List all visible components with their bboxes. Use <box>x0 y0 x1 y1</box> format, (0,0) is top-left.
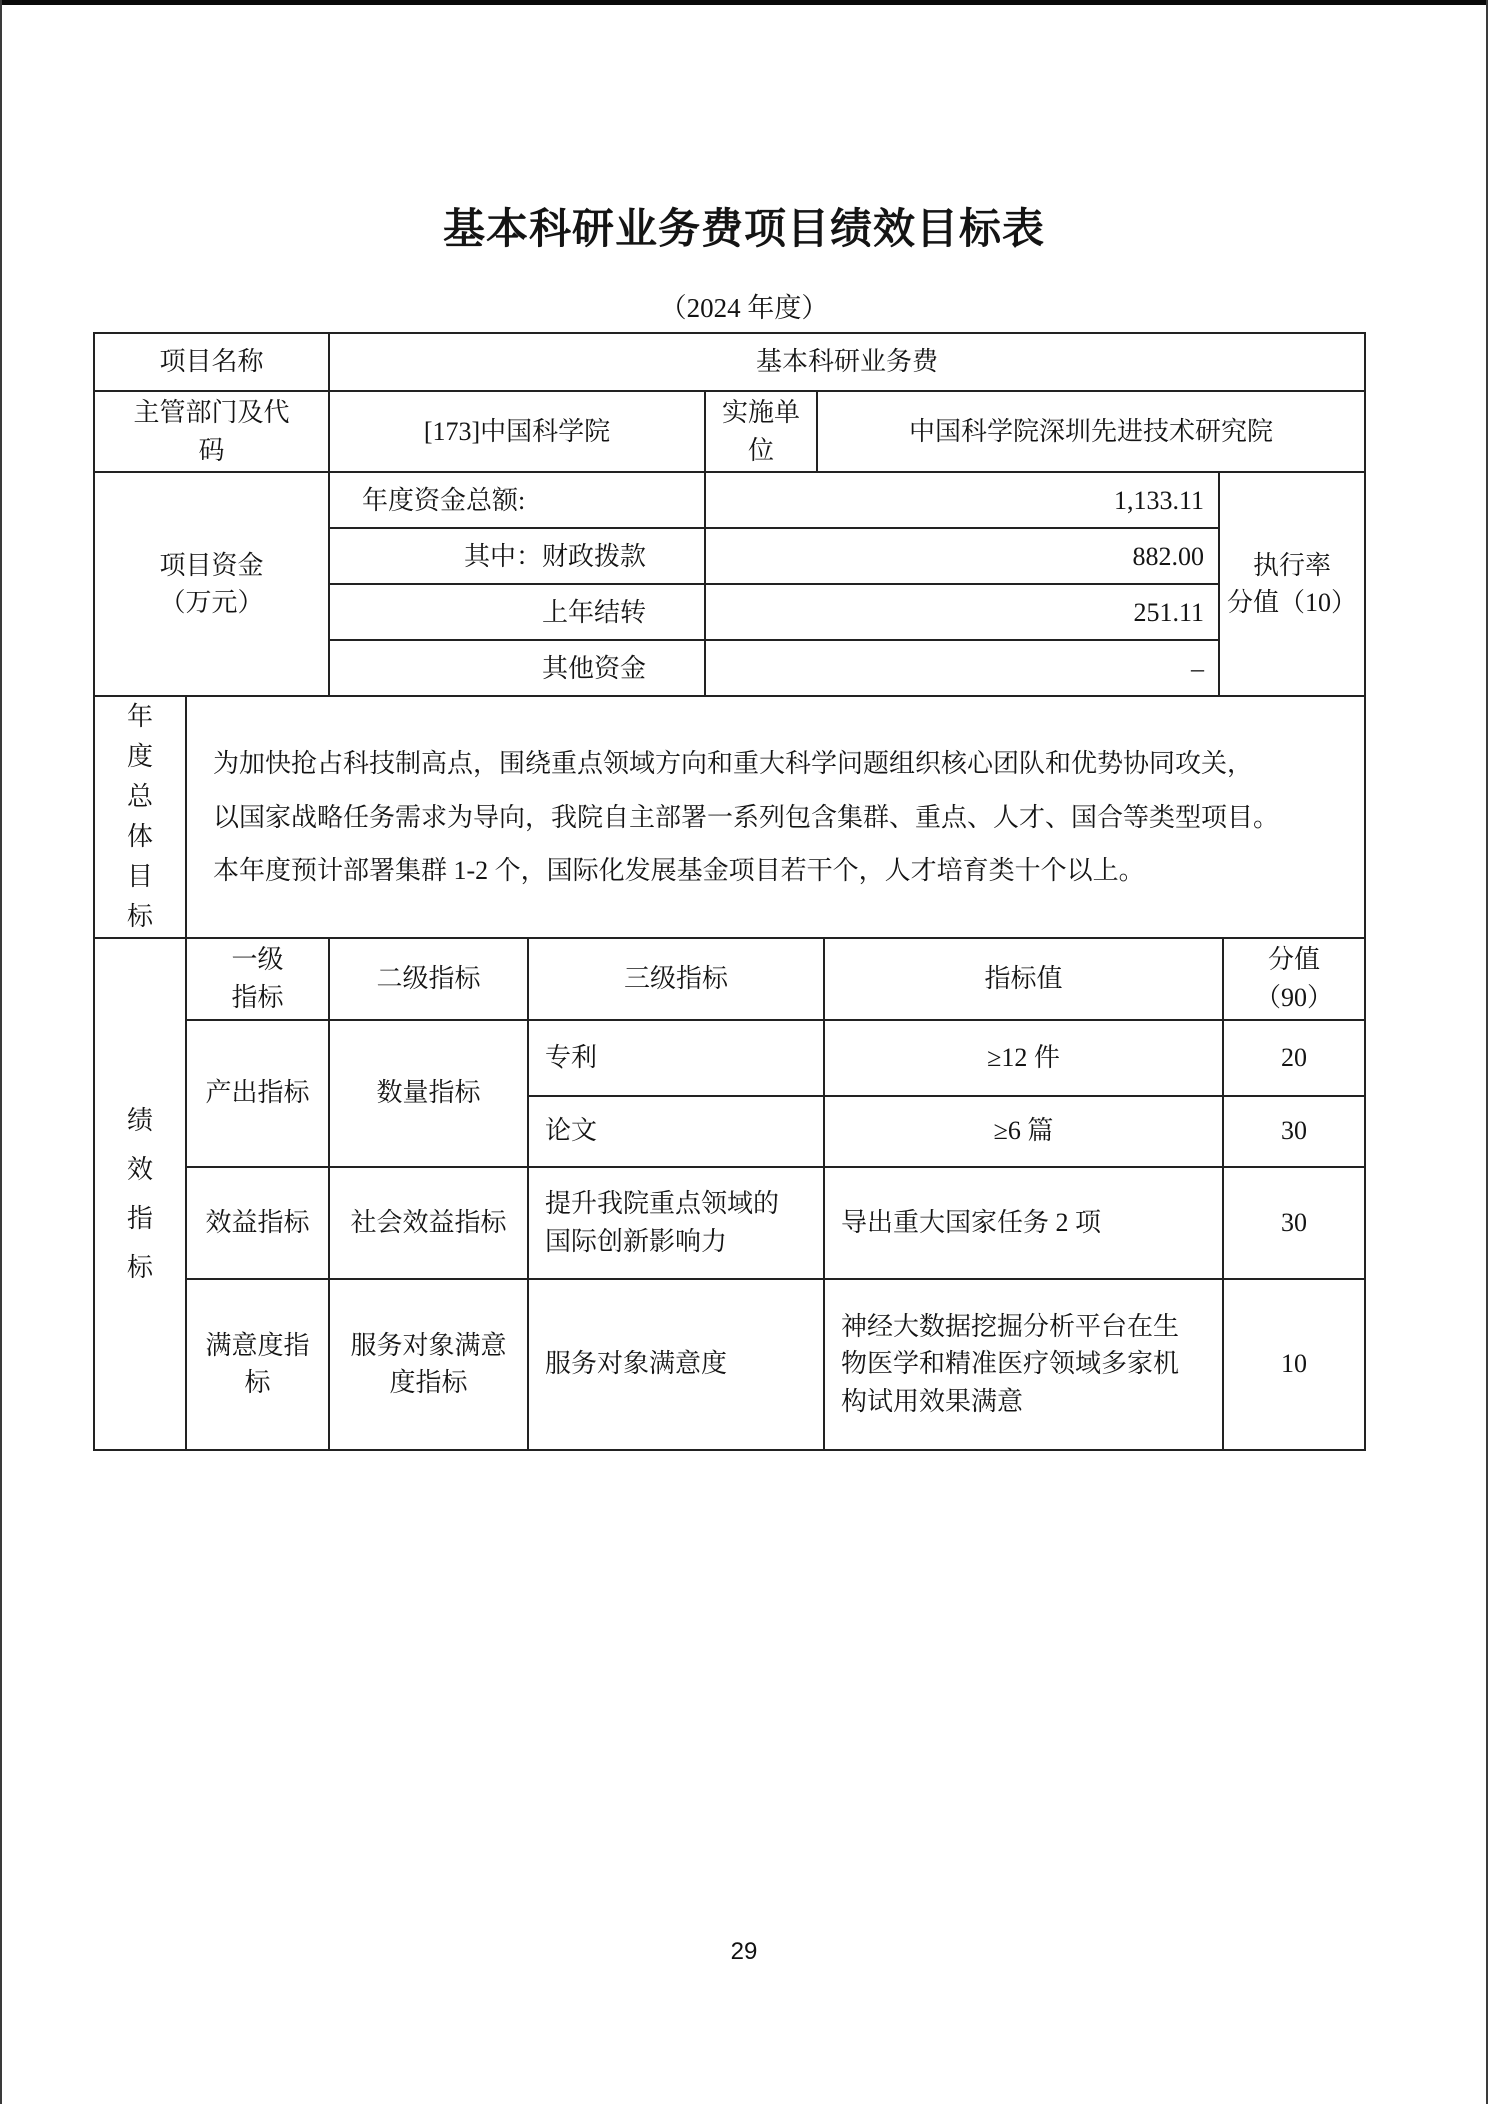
header-value: 指标值 <box>824 938 1223 1019</box>
impl-unit-label: 实施单 位 <box>705 391 817 472</box>
header-level2: 二级指标 <box>329 938 528 1019</box>
value-patent: ≥12 件 <box>824 1020 1223 1096</box>
project-name-value: 基本科研业务费 <box>329 333 1365 391</box>
annual-goal-table: 年 度 总 体 目 标 为加快抢占科技制高点，围绕重点领域方向和重大科学问题组织… <box>93 695 1366 939</box>
table-row: 年 度 总 体 目 标 为加快抢占科技制高点，围绕重点领域方向和重大科学问题组织… <box>94 696 1365 938</box>
score-patent: 20 <box>1223 1020 1365 1096</box>
funding-total-label: 年度资金总额: <box>329 472 705 528</box>
indicators-table: 绩 效 指 标 一级 指标 二级指标 三级指标 指标值 分值 （90） 产出指标… <box>93 937 1366 1450</box>
project-info-table: 项目名称 基本科研业务费 主管部门及代 码 [173]中国科学院 实施单 位 中… <box>93 332 1366 697</box>
page-number: 29 <box>0 1938 1488 1966</box>
header-level3: 三级指标 <box>528 938 824 1019</box>
table-row: 产出指标 数量指标 专利 ≥12 件 20 <box>94 1020 1365 1096</box>
score-satisfaction: 10 <box>1223 1279 1365 1450</box>
dept-value: [173]中国科学院 <box>329 391 705 472</box>
annual-goal-text: 为加快抢占科技制高点，围绕重点领域方向和重大科学问题组织核心团队和优势协同攻关，… <box>186 696 1365 938</box>
impl-unit-value: 中国科学院深圳先进技术研究院 <box>817 391 1365 472</box>
execution-rate-label: 执行率 分值（10） <box>1219 472 1365 696</box>
level2-quantity: 数量指标 <box>329 1020 528 1167</box>
funding-total-value: 1,133.11 <box>705 472 1219 528</box>
project-name-label: 项目名称 <box>94 333 329 391</box>
header-level1: 一级 指标 <box>186 938 329 1019</box>
indicators-header-row: 绩 效 指 标 一级 指标 二级指标 三级指标 指标值 分值 （90） <box>94 938 1365 1019</box>
level1-benefit: 效益指标 <box>186 1167 329 1279</box>
funding-label: 项目资金 （万元） <box>94 472 329 696</box>
funding-fiscal-label: 其中：财政拨款 <box>329 528 705 584</box>
level1-output: 产出指标 <box>186 1020 329 1167</box>
annual-goal-label: 年 度 总 体 目 标 <box>94 696 186 938</box>
page-subtitle: （2024 年度） <box>0 286 1488 325</box>
table-row: 满意度指 标 服务对象满意 度指标 服务对象满意度 神经大数据挖掘分析平台在生 … <box>94 1279 1365 1450</box>
funding-other-label: 其他资金 <box>329 640 705 696</box>
table-row: 项目名称 基本科研业务费 <box>94 333 1365 391</box>
table-row: 主管部门及代 码 [173]中国科学院 实施单 位 中国科学院深圳先进技术研究院 <box>94 391 1365 472</box>
level2-service-satisfaction: 服务对象满意 度指标 <box>329 1279 528 1450</box>
performance-target-table: 项目名称 基本科研业务费 主管部门及代 码 [173]中国科学院 实施单 位 中… <box>93 332 1366 1451</box>
value-national-tasks: 导出重大国家任务 2 项 <box>824 1167 1223 1279</box>
dept-label: 主管部门及代 码 <box>94 391 329 472</box>
level1-satisfaction: 满意度指 标 <box>186 1279 329 1450</box>
level3-influence: 提升我院重点领域的 国际创新影响力 <box>528 1167 824 1279</box>
header-score: 分值 （90） <box>1223 938 1365 1019</box>
score-benefit: 30 <box>1223 1167 1365 1279</box>
value-platform-satisfaction: 神经大数据挖掘分析平台在生 物医学和精准医疗领域多家机 构试用效果满意 <box>824 1279 1223 1450</box>
funding-other-value: – <box>705 640 1219 696</box>
table-row: 效益指标 社会效益指标 提升我院重点领域的 国际创新影响力 导出重大国家任务 2… <box>94 1167 1365 1279</box>
level3-patent: 专利 <box>528 1020 824 1096</box>
funding-fiscal-value: 882.00 <box>705 528 1219 584</box>
scan-top-border <box>0 0 1488 5</box>
funding-carryover-label: 上年结转 <box>329 584 705 640</box>
value-paper: ≥6 篇 <box>824 1096 1223 1167</box>
level3-service-satisfaction: 服务对象满意度 <box>528 1279 824 1450</box>
score-paper: 30 <box>1223 1096 1365 1167</box>
level2-social-benefit: 社会效益指标 <box>329 1167 528 1279</box>
document-page: 基本科研业务费项目绩效目标表 （2024 年度） 项目名称 基本科研业务费 主管… <box>0 0 1488 2104</box>
indicators-label: 绩 效 指 标 <box>94 938 186 1449</box>
table-row: 项目资金 （万元） 年度资金总额: 1,133.11 执行率 分值（10） <box>94 472 1365 528</box>
level3-paper: 论文 <box>528 1096 824 1167</box>
funding-carryover-value: 251.11 <box>705 584 1219 640</box>
page-title: 基本科研业务费项目绩效目标表 <box>0 196 1488 256</box>
